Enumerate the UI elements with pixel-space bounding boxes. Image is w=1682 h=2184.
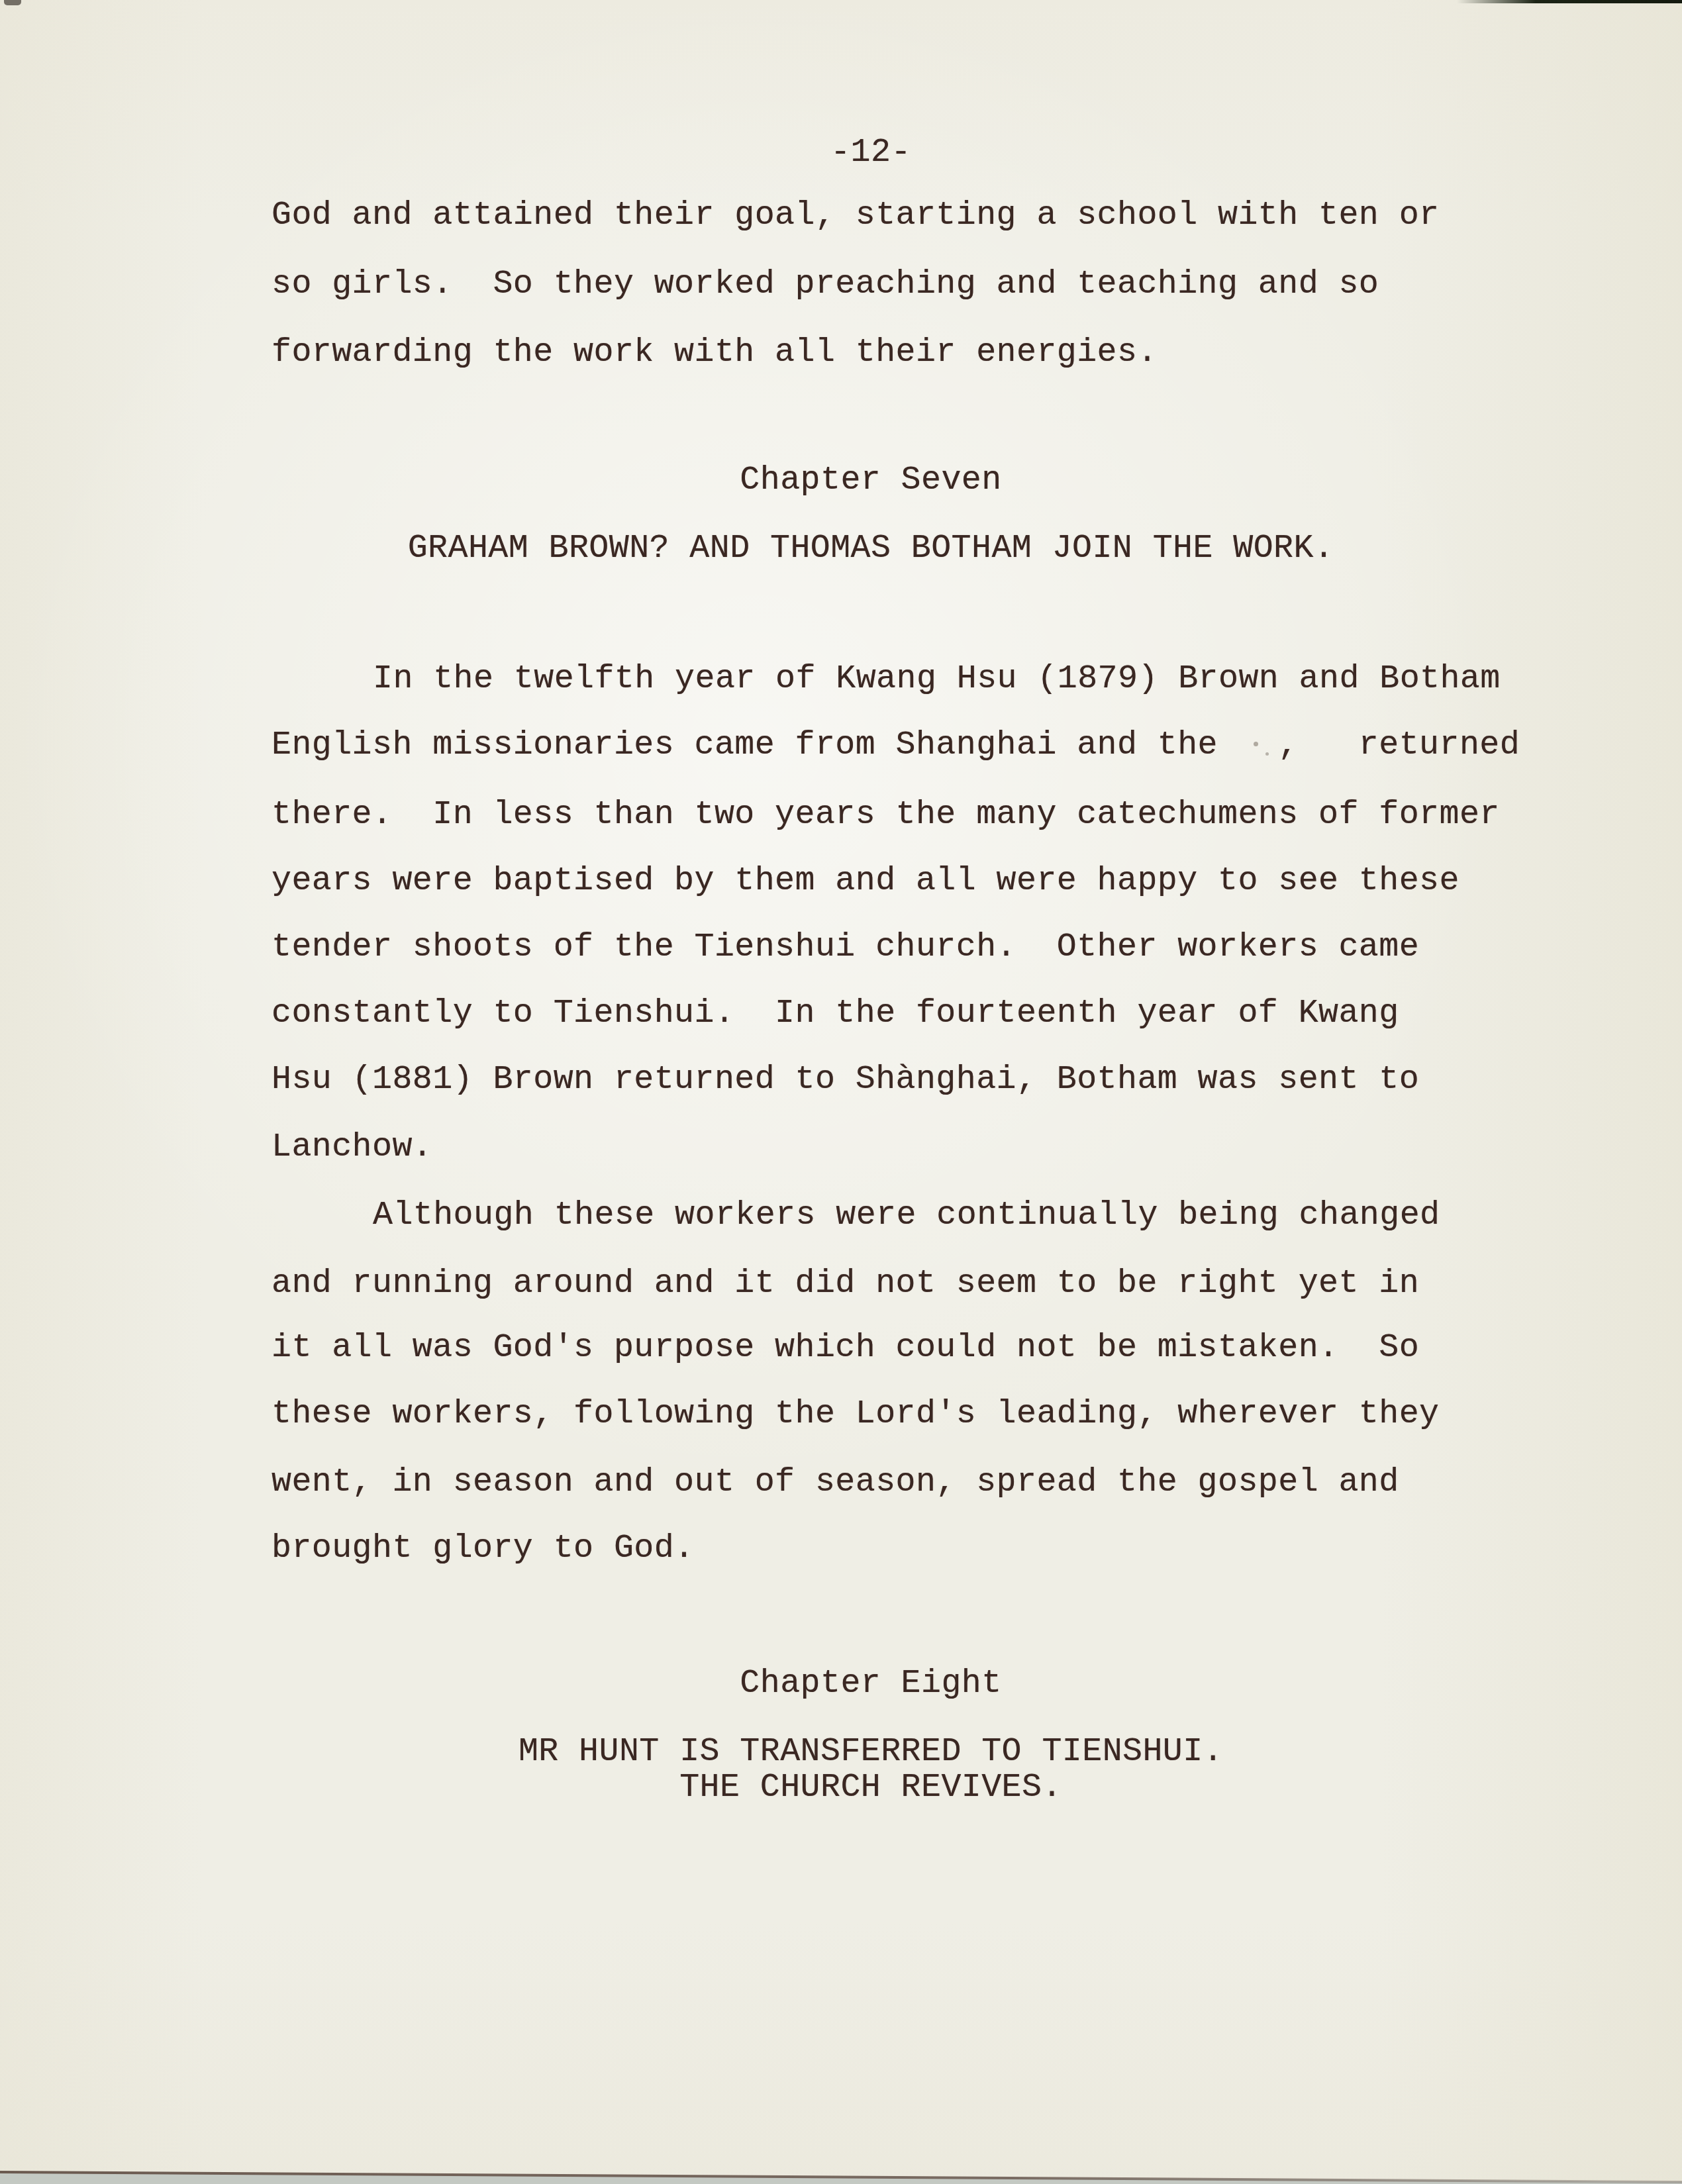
chapter-eight-subtitle-line1: MR HUNT IS TRANSFERRED TO TIENSHUI. (272, 1734, 1470, 1771)
page-number: -12- (272, 134, 1470, 172)
erased-character-marks (1254, 742, 1258, 746)
paragraph3-line2: and running around and it did not seem t… (272, 1266, 1470, 1303)
paragraph1-line1: God and attained their goal, starting a … (272, 197, 1470, 234)
paragraph1-line2: so girls. So they worked preaching and t… (272, 266, 1470, 303)
chapter-seven-title: Chapter Seven (272, 462, 1470, 499)
paragraph1-line3: forwarding the work with all their energ… (272, 334, 1470, 372)
chapter-eight-subtitle-line2: THE CHURCH REVIVES. (272, 1769, 1470, 1807)
paragraph3-line3: it all was God's purpose which could not… (272, 1330, 1470, 1367)
scanner-corner-speck (4, 0, 21, 5)
paragraph2-line3: there. In less than two years the many c… (272, 797, 1470, 834)
paragraph3-line6: brought glory to God. (272, 1530, 1470, 1567)
chapter-eight-title: Chapter Eight (272, 1665, 1470, 1703)
paragraph2-line4: years were baptised by them and all were… (272, 863, 1470, 900)
chapter-seven-subtitle: GRAHAM BROWN? AND THOMAS BOTHAM JOIN THE… (272, 530, 1470, 568)
paragraph2-line1: In the twelfth year of Kwang Hsu (1879) … (272, 661, 1571, 698)
paper-sheet: -12- God and attained their goal, starti… (0, 0, 1682, 2184)
paragraph2-line8: Lanchow. (272, 1129, 1470, 1166)
paragraph2-line2: English missionaries came from Shanghai … (272, 727, 1470, 764)
paragraph3-line4: these workers, following the Lord's lead… (272, 1396, 1470, 1433)
scanned-typescript-page: -12- God and attained their goal, starti… (0, 0, 1682, 2184)
paragraph3-line1: Although these workers were continually … (272, 1197, 1571, 1234)
scanner-top-edge-artifact (1457, 0, 1682, 3)
paragraph2-line6: constantly to Tienshui. In the fourteent… (272, 995, 1470, 1032)
paragraph2-line7: Hsu (1881) Brown returned to Shànghai, B… (272, 1062, 1470, 1099)
paragraph3-line5: went, in season and out of season, sprea… (272, 1464, 1470, 1501)
paragraph2-line5: tender shoots of the Tienshui church. Ot… (272, 929, 1470, 966)
